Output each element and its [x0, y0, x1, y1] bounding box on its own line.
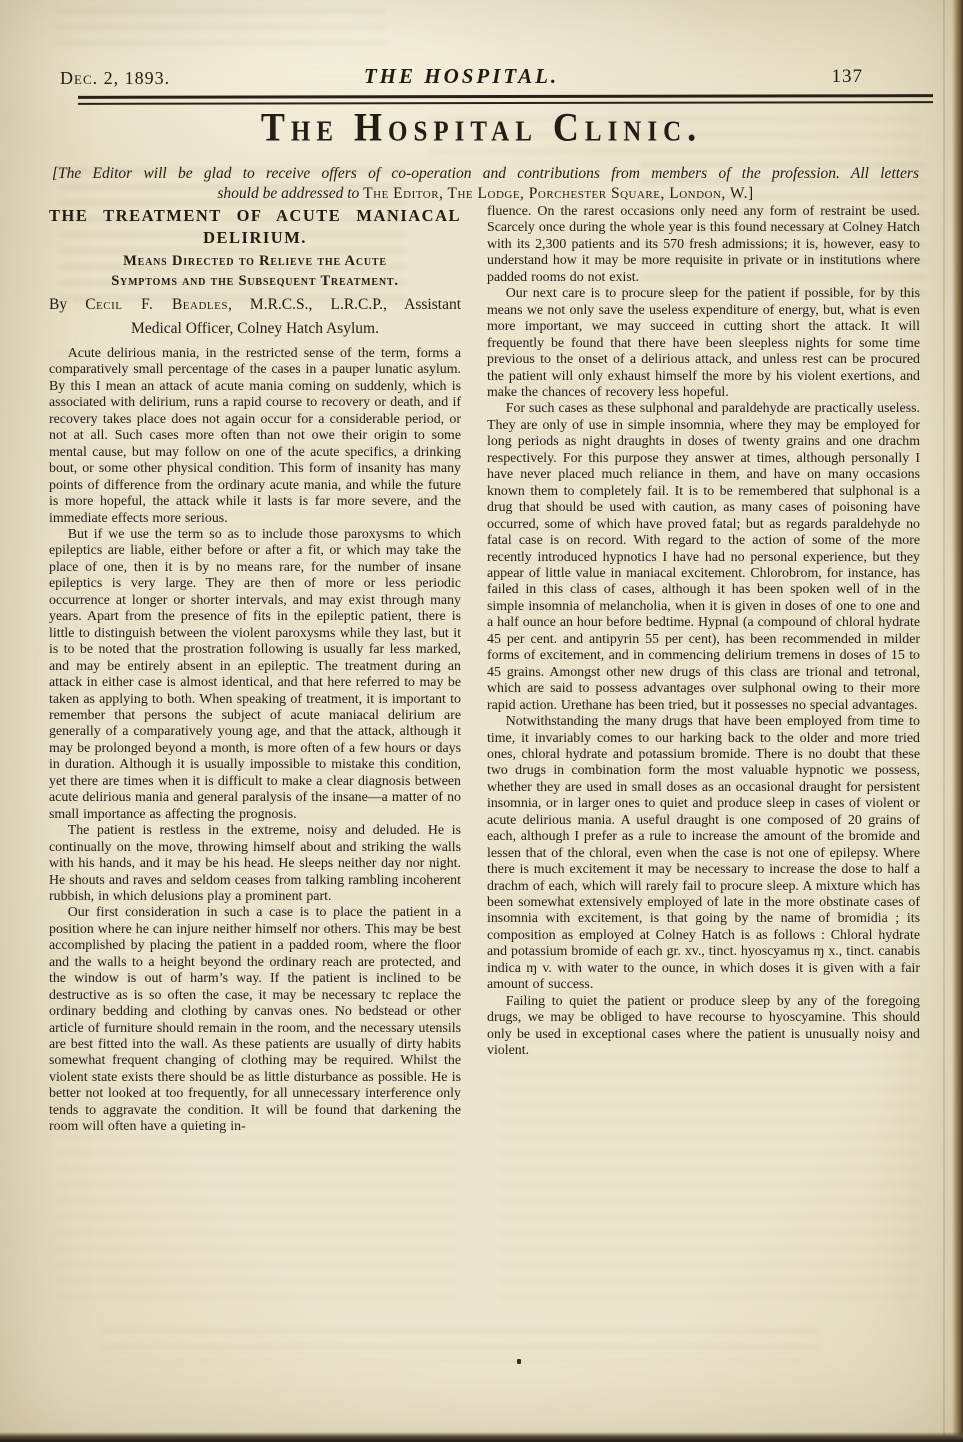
scanned-journal-page: { "masthead": { "date": "Dec. 2, 1893.",… — [0, 0, 963, 1442]
right-column-paragraphs: fluence. On the rarest occasions only ne… — [487, 204, 920, 1060]
editor-note-address: The Editor, The Lodge, Porchester Square… — [363, 185, 753, 202]
left-column: THE TREATMENT OF ACUTE MANIACAL DELIRIUM… — [49, 204, 461, 1136]
article-paragraph: But if we use the term so as to include … — [49, 527, 461, 823]
byline-prefix: By — [49, 296, 85, 313]
masthead: Dec. 2, 1893. THE HOSPITAL. 137 — [60, 64, 863, 94]
article-byline-line2: Medical Officer, Colney Hatch Asylum. — [49, 318, 461, 339]
editor-note-line1: [The Editor will be glad to receive offe… — [52, 164, 919, 184]
article-paragraph: Our next care is to procure sleep for th… — [487, 286, 920, 401]
page-edge-bottom — [0, 1432, 963, 1442]
journal-title: THE HOSPITAL. — [60, 64, 863, 89]
page-edge-right — [952, 0, 963, 1442]
editor-note-line2-prefix: should be addressed to — [217, 185, 363, 202]
editor-note: [The Editor will be glad to receive offe… — [52, 164, 919, 204]
left-column-paragraphs: Acute delirious mania, in the restricted… — [49, 346, 461, 1136]
article-paragraph: Notwithstanding the many drugs that have… — [487, 714, 920, 994]
article-header: THE TREATMENT OF ACUTE MANIACAL DELIRIUM… — [49, 204, 461, 339]
article-subtitle-line1: Means Directed to Relieve the Acute — [49, 252, 461, 272]
author-credentials: , M.R.C.S., L.R.C.P., Assistant — [228, 296, 461, 313]
article-paragraph: fluence. On the rarest occasions only ne… — [487, 204, 920, 286]
article-paragraph: Acute delirious mania, in the restricted… — [49, 346, 461, 527]
page-number: 137 — [832, 66, 864, 88]
article-title-line2: DELIRIUM. — [49, 227, 461, 249]
article-body: THE TREATMENT OF ACUTE MANIACAL DELIRIUM… — [49, 204, 920, 1136]
ink-speck — [517, 1359, 521, 1364]
right-column: fluence. On the rarest occasions only ne… — [487, 204, 920, 1136]
section-title: The Hospital Clinic. — [0, 103, 963, 150]
article-subtitle-line2: Symptoms and the Subsequent Treatment. — [49, 272, 461, 292]
author-name: Cecil F. Beadles — [85, 296, 228, 313]
page-crease — [943, 0, 945, 1442]
editor-note-line2: should be addressed to The Editor, The L… — [52, 184, 919, 204]
article-paragraph: For such cases as these sulphonal and pa… — [487, 401, 920, 714]
article-byline-line1: By Cecil F. Beadles, M.R.C.S., L.R.C.P.,… — [49, 294, 461, 315]
article-paragraph: The patient is restless in the extreme, … — [49, 823, 461, 905]
article-paragraph: Our first consideration in such a case i… — [49, 905, 461, 1135]
article-title-line1: THE TREATMENT OF ACUTE MANIACAL — [49, 204, 461, 227]
article-paragraph: Failing to quiet the patient or produce … — [487, 994, 920, 1060]
